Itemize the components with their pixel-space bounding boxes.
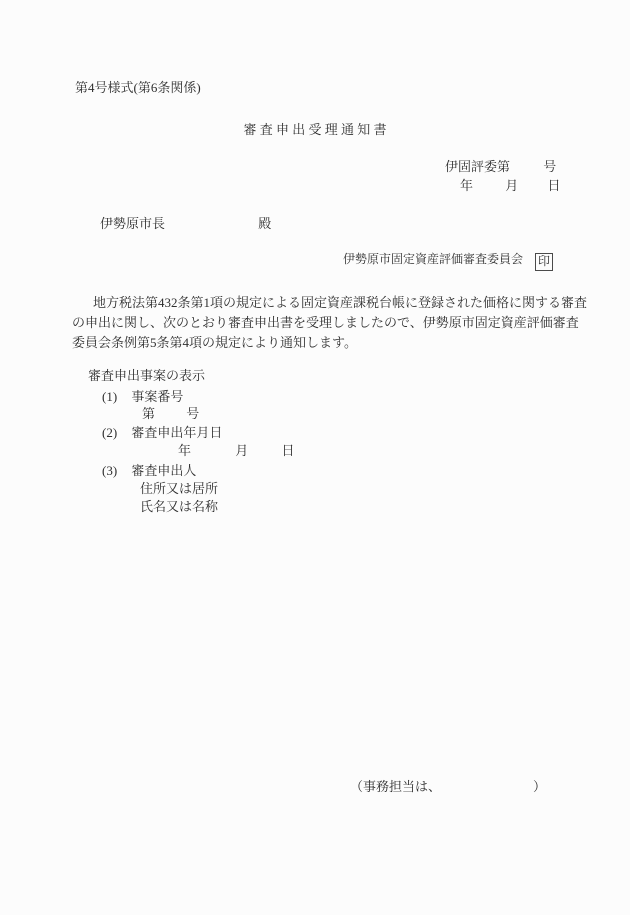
- issue-date-day-label: 日: [548, 178, 561, 193]
- issuer-name: 伊勢原市固定資産評価審査委員会: [343, 252, 523, 266]
- addressee-name: 伊勢原市長: [100, 216, 165, 231]
- case-item-1-value-line: 第 号: [142, 407, 199, 422]
- case-item-2: (2) 審査申出年月日: [102, 426, 222, 441]
- applicant-address-label: 住所又は居所: [140, 482, 218, 497]
- reference-number-suffix: 号: [543, 159, 556, 174]
- clerk-note-close: ）: [533, 780, 546, 795]
- case-item-2-date-line: 年 月 日: [178, 444, 295, 459]
- body-line: 委員会条例第5条第4項の規定により通知します。: [72, 333, 584, 353]
- case-item-3: (3) 審査申出人: [102, 464, 196, 479]
- form-number: 第4号様式(第6条関係): [75, 81, 201, 96]
- case-item-3-number: (3): [102, 463, 117, 478]
- clerk-note: （事務担当は、 ）: [350, 780, 546, 795]
- issuer-line: 伊勢原市固定資産評価審査委員会 印: [343, 253, 553, 271]
- reference-number-prefix: 伊固評委第: [445, 159, 510, 174]
- filing-date-month-label: 月: [235, 443, 248, 458]
- document-page: 第4号様式(第6条関係) 審 査 申 出 受 理 通 知 書 伊固評委第 号 年…: [0, 0, 630, 915]
- clerk-note-open: （事務担当は、: [350, 780, 441, 795]
- addressee-line: 伊勢原市長 殿: [100, 217, 271, 232]
- case-item-1: (1) 事案番号: [102, 390, 183, 405]
- seal-mark: 印: [535, 253, 553, 271]
- issue-date-year-label: 年: [460, 178, 473, 193]
- issue-date-line: 年 月 日: [460, 179, 561, 194]
- applicant-name-label: 氏名又は名称: [140, 500, 218, 515]
- body-paragraph: 地方税法第432条第1項の規定による固定資産課税台帳に登録された価格に関する審査…: [72, 293, 584, 353]
- case-display-heading: 審査申出事案の表示: [88, 369, 205, 384]
- case-item-2-number: (2): [102, 425, 117, 440]
- case-number-suffix: 号: [186, 406, 199, 421]
- body-line: の申出に関し、次のとおり審査申出書を受理しましたので、伊勢原市固定資産評価審査: [72, 313, 584, 333]
- filing-date-year-label: 年: [178, 443, 191, 458]
- case-item-1-label: 事案番号: [131, 389, 183, 404]
- addressee-honorific: 殿: [258, 216, 271, 231]
- case-item-1-number: (1): [102, 389, 117, 404]
- case-item-2-label: 審査申出年月日: [131, 425, 222, 440]
- issue-date-month-label: 月: [505, 178, 518, 193]
- case-number-prefix: 第: [142, 406, 155, 421]
- body-line: 地方税法第432条第1項の規定による固定資産課税台帳に登録された価格に関する審査: [72, 293, 584, 313]
- case-item-3-label: 審査申出人: [131, 463, 196, 478]
- page-title: 審 査 申 出 受 理 通 知 書: [0, 123, 630, 138]
- reference-number-line: 伊固評委第 号: [445, 160, 556, 175]
- filing-date-day-label: 日: [282, 443, 295, 458]
